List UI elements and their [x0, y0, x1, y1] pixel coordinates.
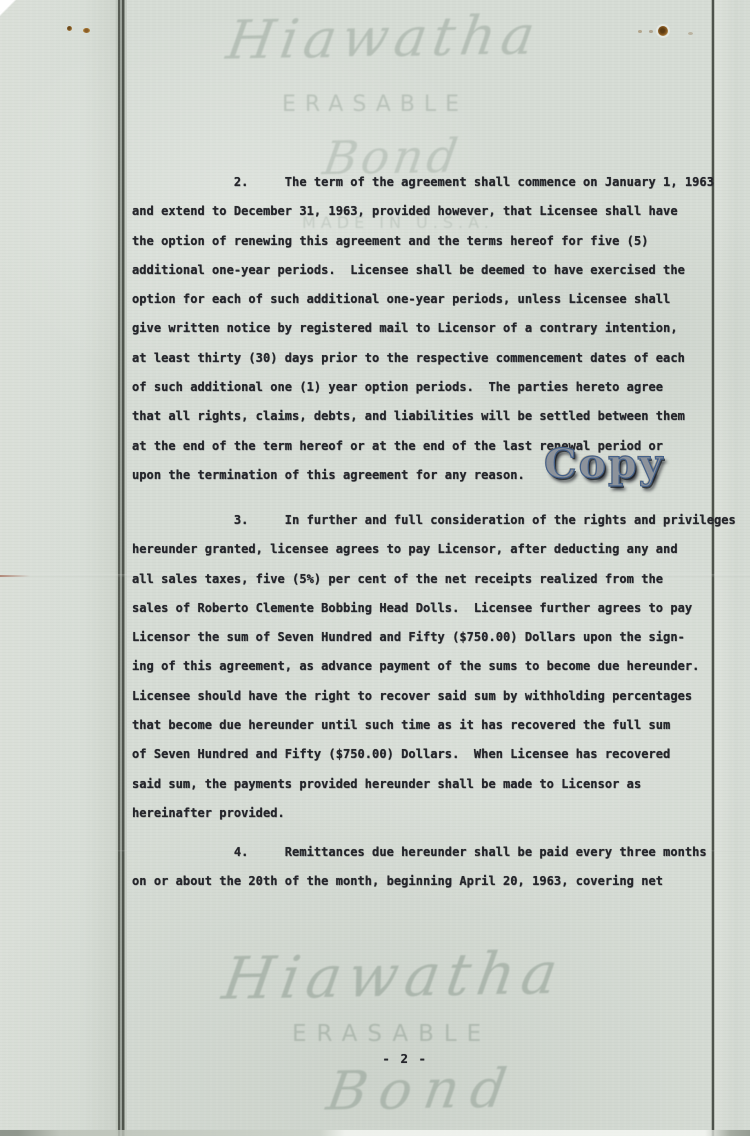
text-line: that become due hereunder until such tim… — [132, 711, 717, 740]
rust-spot-icon — [67, 26, 72, 31]
text-line: 2. The term of the agreement shall comme… — [132, 168, 717, 197]
text-line: said sum, the payments provided hereunde… — [132, 770, 717, 799]
text-line: that all rights, claims, debts, and liab… — [132, 402, 717, 431]
text-line: give written notice by registered mail t… — [132, 314, 717, 343]
text-line: sales of Roberto Clemente Bobbing Head D… — [132, 594, 717, 623]
paragraph-3: 3. In further and full consideration of … — [132, 506, 717, 828]
fold-crease-mark — [0, 575, 30, 577]
text-line: all sales taxes, five (5%) per cent of t… — [132, 565, 717, 594]
text-line: the option of renewing this agreement an… — [132, 227, 717, 256]
text-line: Licensee should have the right to recove… — [132, 682, 717, 711]
text-line: hereunder granted, licensee agrees to pa… — [132, 535, 717, 564]
text-line: ing of this agreement, as advance paymen… — [132, 652, 717, 681]
paragraph-4: 4. Remittances due hereunder shall be pa… — [132, 838, 717, 897]
text-line: Licensor the sum of Seven Hundred and Fi… — [132, 623, 717, 652]
text-line: at least thirty (30) days prior to the r… — [132, 344, 717, 373]
text-line: on or about the 20th of the month, begin… — [132, 867, 717, 896]
agreement-body: 2. The term of the agreement shall comme… — [0, 0, 750, 1136]
text-line: option for each of such additional one-y… — [132, 285, 717, 314]
text-line: 4. Remittances due hereunder shall be pa… — [132, 838, 717, 867]
text-line: and extend to December 31, 1963, provide… — [132, 197, 717, 226]
rust-speck-icon — [649, 30, 653, 33]
rust-speck-icon — [638, 30, 642, 33]
copy-stamp: Copy — [544, 445, 664, 485]
text-line: 3. In further and full consideration of … — [132, 506, 717, 535]
text-line: of Seven Hundred and Fifty ($750.00) Dol… — [132, 740, 717, 769]
rust-spot-icon — [658, 26, 668, 36]
rust-spot-icon — [83, 28, 90, 33]
rust-speck-icon — [688, 32, 693, 35]
page-number: - 2 - — [120, 1052, 690, 1066]
text-line: additional one-year periods. Licensee sh… — [132, 256, 717, 285]
text-line: of such additional one (1) year option p… — [132, 373, 717, 402]
scanned-document-page: Hiawatha ERASABLE Bond MADE IN U.S.A. 2.… — [0, 0, 750, 1136]
text-line: hereinafter provided. — [132, 799, 717, 828]
